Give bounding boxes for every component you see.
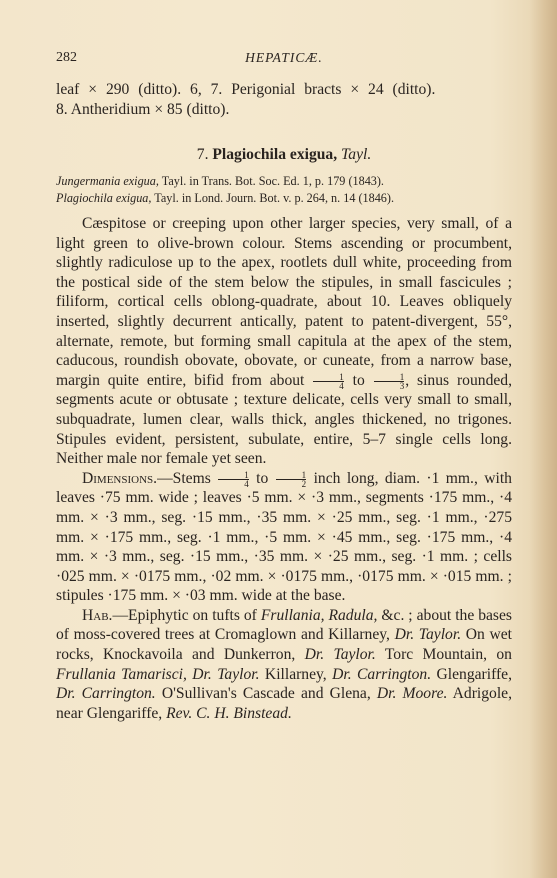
fraction: 12 xyxy=(276,471,307,488)
fraction-denominator: 3 xyxy=(374,382,405,390)
species-name: Plagiochila exigua, xyxy=(212,146,337,163)
description-text: Cæspitose or creeping upon other larger … xyxy=(56,215,512,389)
habitat-italic: Dr. Moore. xyxy=(377,685,448,702)
habitat-italic: Frullania, Radula, xyxy=(261,607,378,624)
habitat-italic: Frullania Tamarisci, Dr. Taylor. xyxy=(56,666,260,683)
dimensions-text: inch long, diam. ·1 mm., with leaves ·75… xyxy=(56,470,512,605)
synonym-citation: Tayl. in Trans. Bot. Soc. Ed. 1, p. 179 … xyxy=(162,174,384,188)
running-title: HEPATICÆ. xyxy=(56,50,512,66)
plate-line-1: leaf × 290 (ditto). 6, 7. Perigonial bra… xyxy=(56,80,512,100)
habitat-text: Glengariffe, xyxy=(431,666,512,683)
fraction: 14 xyxy=(313,373,344,390)
page-header: 282 HEPATICÆ. xyxy=(56,50,512,70)
fraction-denominator: 2 xyxy=(276,480,307,488)
plate-explanation: leaf × 290 (ditto). 6, 7. Perigonial bra… xyxy=(56,80,512,119)
description-paragraph: Cæspitose or creeping upon other larger … xyxy=(56,214,512,469)
habitat-italic: Rev. C. H. Binstead. xyxy=(166,705,292,722)
dimensions-text: —Stems xyxy=(157,470,217,487)
synonym-item: Plagiochila exigua, Tayl. in Lond. Journ… xyxy=(56,190,512,207)
description-text: to xyxy=(345,372,373,389)
habitat-label: Hab. xyxy=(82,607,112,624)
synonym-name: Jungermania exigua, xyxy=(56,174,159,188)
habitat-text: Killarney, xyxy=(260,666,333,683)
habitat-paragraph: Hab.—Epiphytic on tufts of Frullania, Ra… xyxy=(56,606,512,724)
fraction-denominator: 4 xyxy=(313,382,344,390)
fraction: 14 xyxy=(218,471,249,488)
dimensions-label: Dimensions. xyxy=(82,470,157,487)
species-heading: 7. Plagiochila exigua, Tayl. xyxy=(56,146,512,164)
habitat-italic: Dr. Taylor. xyxy=(395,626,461,643)
fraction-denominator: 4 xyxy=(218,480,249,488)
species-description-block: Cæspitose or creeping upon other larger … xyxy=(56,214,512,723)
species-number: 7. xyxy=(197,146,209,163)
synonym-name: Plagiochila exigua, xyxy=(56,191,151,205)
fraction: 13 xyxy=(374,373,405,390)
habitat-text: —Epiphytic on tufts of xyxy=(112,607,260,624)
habitat-italic: Dr. Carrington. xyxy=(56,685,156,702)
dimensions-paragraph: Dimensions.—Stems 14 to 12 inch long, di… xyxy=(56,469,512,606)
plate-line-2: 8. Antheridium × 85 (ditto). xyxy=(56,100,512,120)
synonym-citation: Tayl. in Lond. Journ. Bot. v. p. 264, n.… xyxy=(154,191,394,205)
synonym-item: Jungermania exigua, Tayl. in Trans. Bot.… xyxy=(56,173,512,190)
habitat-italic: Dr. Taylor. xyxy=(305,646,376,663)
habitat-text: O'Sullivan's Cascade and Glena, xyxy=(156,685,377,702)
synonym-list: Jungermania exigua, Tayl. in Trans. Bot.… xyxy=(56,173,512,207)
habitat-text: Torc Mountain, on xyxy=(376,646,512,663)
species-authority: Tayl. xyxy=(341,146,371,163)
habitat-italic: Dr. Carrington. xyxy=(332,666,431,683)
dimensions-text: to xyxy=(250,470,275,487)
